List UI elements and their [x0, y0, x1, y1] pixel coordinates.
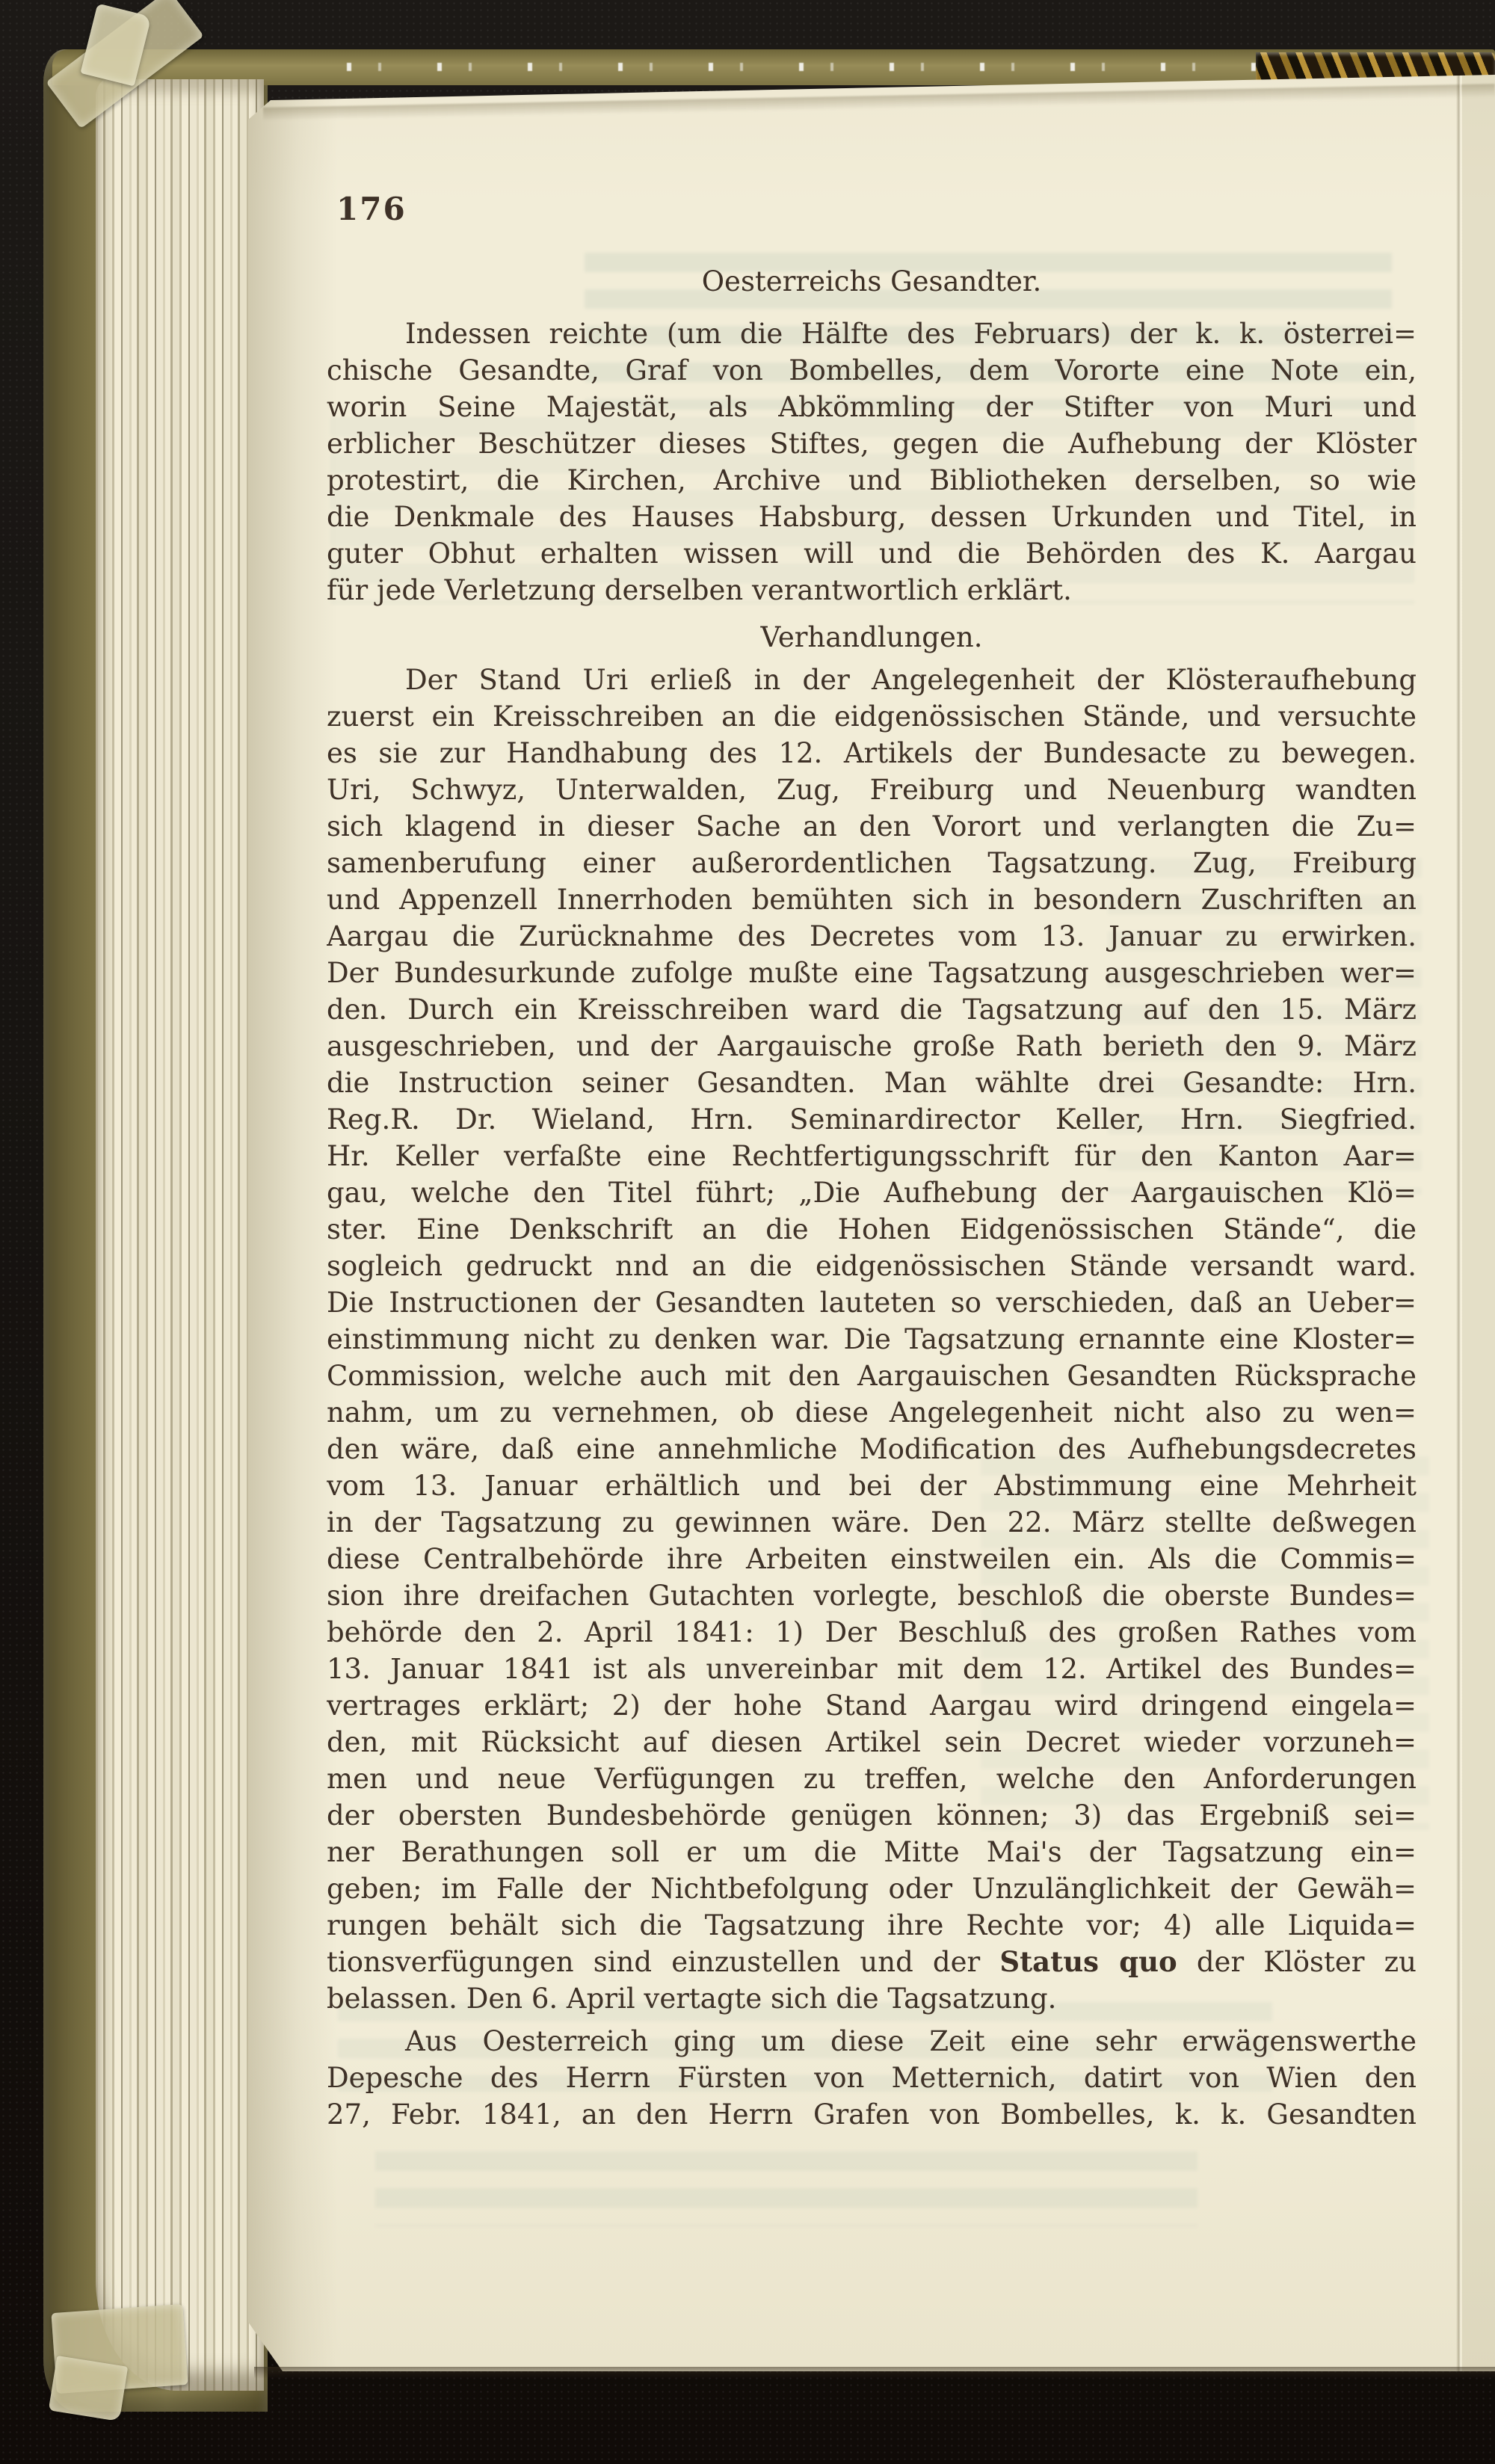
page-fold-crease	[1456, 66, 1462, 2371]
text-line: die Denkmale des Hauses Habsburg, dessen…	[327, 499, 1417, 535]
text-line: ner Berathungen soll er um die Mitte Mai…	[327, 1834, 1417, 1870]
text-line: die Instruction seiner Gesandten. Man wä…	[327, 1065, 1417, 1101]
text-line: einstimmung nicht zu denken war. Die Tag…	[327, 1321, 1417, 1358]
show-through-ghost	[375, 2152, 1197, 2226]
text-line: der obersten Bundesbehörde genügen könne…	[327, 1797, 1417, 1834]
text-line: worin Seine Majestät, als Abkömmling der…	[327, 389, 1417, 425]
section-verhandlungen: Verhandlungen. Der Stand Uri erließ in d…	[327, 619, 1417, 2017]
text-line: ausgeschrieben, und der Aargauische groß…	[327, 1028, 1417, 1065]
text-line: sich klagend in dieser Sache an den Voro…	[327, 808, 1417, 845]
paragraph: Indessen reichte (um die Hälfte des Febr…	[327, 315, 1417, 609]
text-line: Hr. Keller verfaßte eine Rechtfertigungs…	[327, 1138, 1417, 1174]
page-number: 176	[336, 193, 407, 226]
text-line: in der Tagsatzung zu gewinnen wäre. Den …	[327, 1504, 1417, 1541]
text-line: Uri, Schwyz, Unterwalden, Zug, Freiburg …	[327, 771, 1417, 808]
photo-background: 176 Oesterreichs Gesandter. Indessen rei…	[0, 0, 1495, 2464]
text-line: den wäre, daß eine annehmliche Modificat…	[327, 1431, 1417, 1467]
page-top-edge-shadow	[263, 84, 1495, 127]
text-line: behörde den 2. April 1841: 1) Der Beschl…	[327, 1614, 1417, 1651]
text-line: 27, Febr. 1841, an den Herrn Grafen von …	[327, 2096, 1417, 2133]
text-line: chische Gesandte, Graf von Bombelles, de…	[327, 352, 1417, 389]
text-line: sogleich gedruckt nnd an die eidgenössis…	[327, 1248, 1417, 1284]
text-line: Der Bundesurkunde zufolge mußte eine Tag…	[327, 955, 1417, 991]
text-line: Depesche des Herrn Fürsten von Metternic…	[327, 2060, 1417, 2096]
text-line: vertrages erklärt; 2) der hohe Stand Aar…	[327, 1687, 1417, 1724]
text-line: Indessen reichte (um die Hälfte des Febr…	[327, 315, 1417, 352]
top-edge-glare	[321, 63, 1278, 71]
text-line: Die Instructionen der Gesandten lauteten…	[327, 1284, 1417, 1321]
text-line: Der Stand Uri erließ in der Angelegenhei…	[327, 662, 1417, 698]
paragraph: Aus Oesterreich ging um diese Zeit eine …	[327, 2023, 1417, 2133]
text-line: 13. Januar 1841 ist als unvereinbar mit …	[327, 1651, 1417, 1687]
adhesive-tape-bottom-nub	[49, 2356, 128, 2421]
text-line: tionsverfügungen sind einzustellen und d…	[327, 1944, 1417, 1980]
page-bottom-shadow	[254, 2367, 1495, 2379]
text-line: Reg.R. Dr. Wieland, Hrn. Seminardirector…	[327, 1101, 1417, 1138]
text-line: guter Obhut erhalten wissen will und die…	[327, 535, 1417, 572]
text-line: Aargau die Zurücknahme des Decretes vom …	[327, 918, 1417, 955]
text-line: men und neue Verfügungen zu treffen, wel…	[327, 1761, 1417, 1797]
gutter-shadow	[248, 66, 338, 2371]
text-line: erblicher Beschützer dieses Stiftes, geg…	[327, 425, 1417, 462]
text-line: protestirt, die Kirchen, Archive und Bib…	[327, 462, 1417, 499]
page-edge-stack	[96, 79, 264, 2391]
text-line: ster. Eine Denkschrift an die Hohen Eidg…	[327, 1211, 1417, 1248]
text-line: Commission, welche auch mit den Aargauis…	[327, 1358, 1417, 1394]
text-line: es sie zur Handhabung des 12. Artikels d…	[327, 735, 1417, 771]
text-line: samenberufung einer außerordentlichen Ta…	[327, 845, 1417, 881]
text-line: den, mit Rücksicht auf diesen Artikel se…	[327, 1724, 1417, 1761]
text-line: geben; im Falle der Nichtbefolgung oder …	[327, 1870, 1417, 1907]
text-line: Aus Oesterreich ging um diese Zeit eine …	[327, 2023, 1417, 2060]
text-line: sion ihre dreifachen Gutachten vorlegte,…	[327, 1577, 1417, 1614]
section-metternich-depesche: Aus Oesterreich ging um diese Zeit eine …	[327, 2023, 1417, 2133]
text-line: rungen behält sich die Tagsatzung ihre R…	[327, 1907, 1417, 1944]
bold-status-quo: Status quo	[999, 1945, 1177, 1978]
text-column: Oesterreichs Gesandter. Indessen reichte…	[327, 263, 1417, 2133]
section-heading: Oesterreichs Gesandter.	[327, 263, 1417, 300]
text-line: und Appenzell Innerrhoden bemühten sich …	[327, 881, 1417, 918]
text-line: nahm, um zu vernehmen, ob diese Angelege…	[327, 1394, 1417, 1431]
section-oesterreichs-gesandter: Oesterreichs Gesandter. Indessen reichte…	[327, 263, 1417, 609]
text-line: für jede Verletzung derselben verantwort…	[327, 572, 1417, 609]
text-line: den. Durch ein Kreisschreiben ward die T…	[327, 991, 1417, 1028]
paragraph: Der Stand Uri erließ in der Angelegenhei…	[327, 662, 1417, 2017]
text-line: gau, welche den Titel führt; „Die Aufheb…	[327, 1174, 1417, 1211]
section-heading: Verhandlungen.	[327, 619, 1417, 656]
page-right-shade	[1462, 66, 1495, 2371]
text-line: vom 13. Januar erhältlich und bei der Ab…	[327, 1467, 1417, 1504]
text-line: diese Centralbehörde ihre Arbeiten einst…	[327, 1541, 1417, 1577]
text-line: zuerst ein Kreisschreiben an die eidgenö…	[327, 698, 1417, 735]
text-line: belassen. Den 6. April vertagte sich die…	[327, 1980, 1417, 2017]
